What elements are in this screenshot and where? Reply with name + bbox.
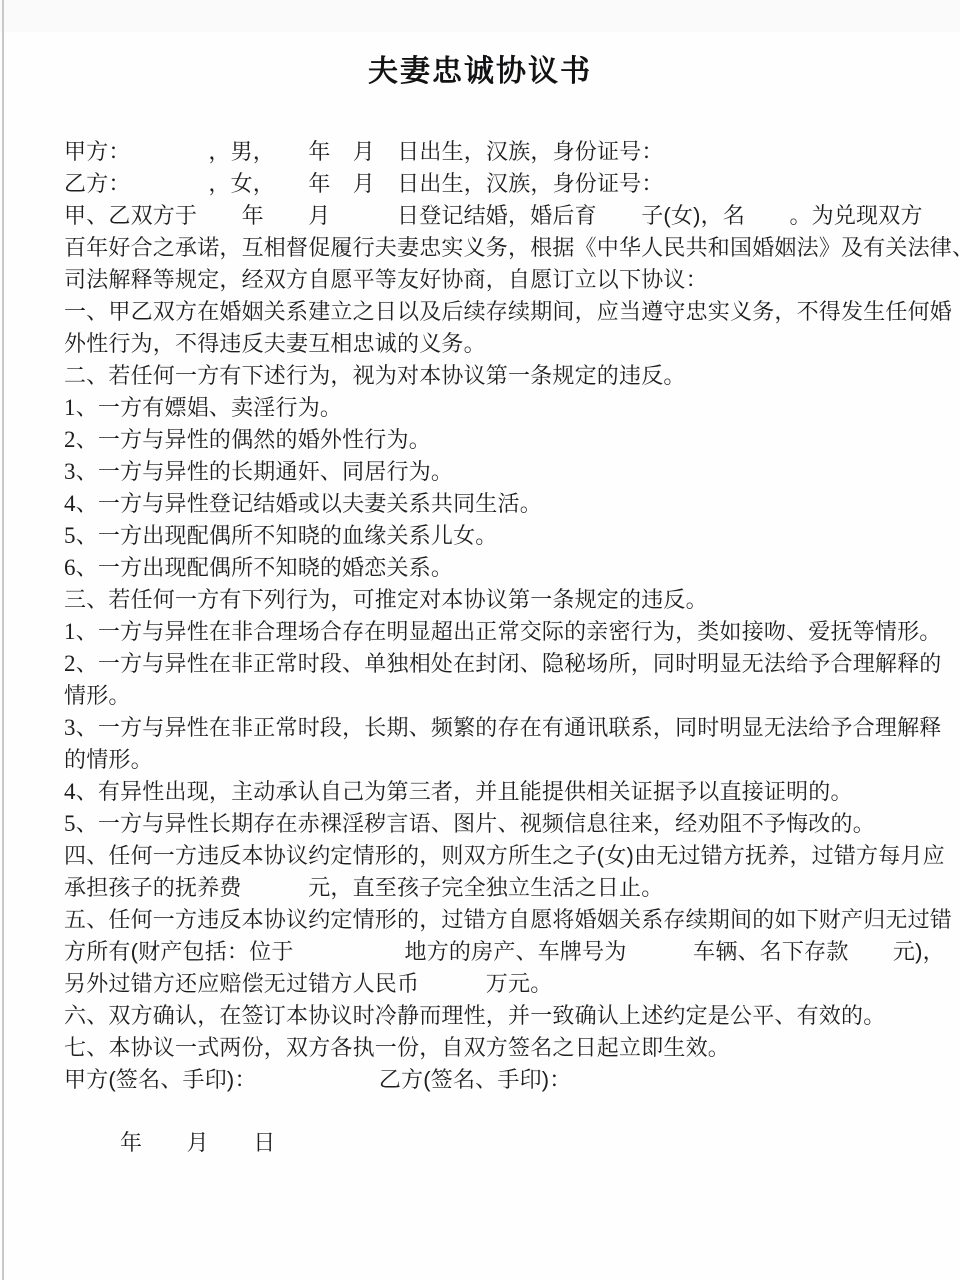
line-clause-1-part-1: 一、甲乙双方在婚姻关系建立之日以及后续存续期间，应当遵守忠实义务，不得发生任何婚 <box>64 296 924 328</box>
line-date: 年 月 日 <box>64 1127 924 1159</box>
list-number: 4 <box>64 491 76 516</box>
page-top-edge <box>0 0 960 32</box>
list-number: 2 <box>64 427 76 452</box>
line-party-a: 甲方： ，男， 年 月 日出生，汉族，身份证号： <box>64 136 924 168</box>
line-clause-3-item-5: 5、一方与异性长期存在赤裸淫秽言语、图片、视频信息往来，经劝阻不予悔改的。 <box>64 808 924 840</box>
list-number: 2 <box>64 651 76 676</box>
line-clause-3-item-3a: 3、一方与异性在非正常时段，长期、频繁的存在有通讯联系，同时明显无法给予合理解释 <box>64 712 924 744</box>
line-clause-4-part-1: 四、任何一方违反本协议约定情形的，则双方所生之子(女)由无过错方抚养，过错方每月… <box>64 840 924 872</box>
doc-body: 甲方： ，男， 年 月 日出生，汉族，身份证号： 乙方： ，女， 年 月 日出生… <box>64 136 924 1159</box>
line-clause-3-item-1: 1、一方与异性在非合理场合存在明显超出正常交际的亲密行为，类如接吻、爱抚等情形。 <box>64 616 924 648</box>
list-number: 5 <box>64 523 76 548</box>
line-preamble-continuation-2: 司法解释等规定，经双方自愿平等友好协商，自愿订立以下协议： <box>64 264 924 296</box>
line-signature: 甲方(签名、手印)： 乙方(签名、手印)： <box>64 1064 924 1096</box>
line-party-b: 乙方： ，女， 年 月 日出生，汉族，身份证号： <box>64 168 924 200</box>
document-page: 夫妻忠诚协议书 甲方： ，男， 年 月 日出生，汉族，身份证号： 乙方： ，女，… <box>0 0 960 1280</box>
line-clause-7: 七、本协议一式两份，双方各执一份，自双方签名之日起立即生效。 <box>64 1032 924 1064</box>
line-clause-2-item-6: 6、一方出现配偶所不知晓的婚恋关系。 <box>64 552 924 584</box>
line-clause-3-item-4: 4、有异性出现，主动承认自己为第三者，并且能提供相关证据予以直接证明的。 <box>64 776 924 808</box>
list-number: 3 <box>64 459 76 484</box>
list-number: 1 <box>64 395 76 420</box>
line-clause-2-item-4: 4、一方与异性登记结婚或以夫妻关系共同生活。 <box>64 488 924 520</box>
line-clause-5-part-1: 五、任何一方违反本协议约定情形的，过错方自愿将婚姻关系存续期间的如下财产归无过错 <box>64 904 924 936</box>
line-clause-6: 六、双方确认，在签订本协议时冷静而理性，并一致确认上述约定是公平、有效的。 <box>64 1000 924 1032</box>
doc-title: 夫妻忠诚协议书 <box>0 50 960 94</box>
line-clause-3-heading: 三、若任何一方有下列行为，可推定对本协议第一条规定的违反。 <box>64 584 924 616</box>
line-clause-5-part-2: 方所有(财产包括：位于 地方的房产、车牌号为 车辆、名下存款 元)， <box>64 936 924 968</box>
line-marriage-registration: 甲、乙双方于 年 月 日登记结婚，婚后育 子(女)，名 。为兑现双方 <box>64 200 924 232</box>
line-clause-3-item-3b: 的情形。 <box>64 744 924 776</box>
line-clause-3-item-2b: 情形。 <box>64 680 924 712</box>
list-number: 5 <box>64 811 76 836</box>
line-clause-2-heading: 二、若任何一方有下述行为，视为对本协议第一条规定的违反。 <box>64 360 924 392</box>
line-clause-2-item-3: 3、一方与异性的长期通奸、同居行为。 <box>64 456 924 488</box>
list-number: 1 <box>64 619 76 644</box>
line-clause-2-item-5: 5、一方出现配偶所不知晓的血缘关系儿女。 <box>64 520 924 552</box>
page-left-edge <box>2 0 4 1280</box>
line-preamble-continuation-1: 百年好合之承诺，互相督促履行夫妻忠实义务，根据《中华人民共和国婚姻法》及有关法律… <box>64 232 924 264</box>
list-number: 3 <box>64 715 76 740</box>
line-clause-5-part-3: 另外过错方还应赔偿无过错方人民币 万元。 <box>64 968 924 1000</box>
line-clause-4-part-2: 承担孩子的抚养费 元，直至孩子完全独立生活之日止。 <box>64 872 924 904</box>
line-clause-1-part-2: 外性行为，不得违反夫妻互相忠诚的义务。 <box>64 328 924 360</box>
line-clause-2-item-1: 1、一方有嫖娼、卖淫行为。 <box>64 392 924 424</box>
line-clause-2-item-2: 2、一方与异性的偶然的婚外性行为。 <box>64 424 924 456</box>
list-number: 6 <box>64 555 76 580</box>
list-number: 4 <box>64 779 76 804</box>
line-clause-3-item-2a: 2、一方与异性在非正常时段、单独相处在封闭、隐秘场所，同时明显无法给予合理解释的 <box>64 648 924 680</box>
